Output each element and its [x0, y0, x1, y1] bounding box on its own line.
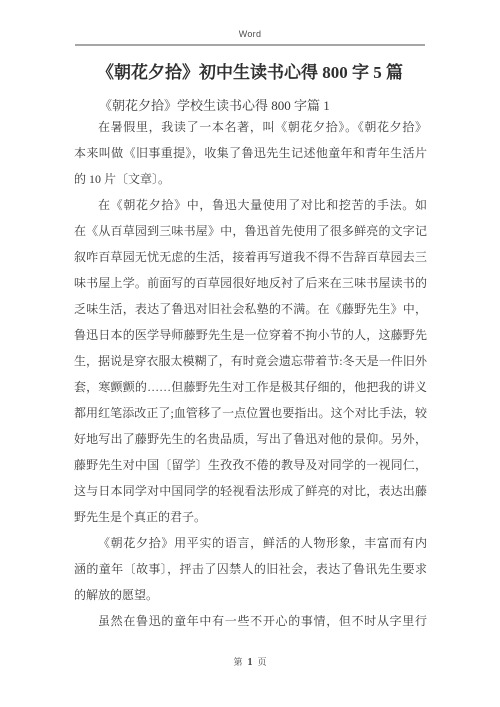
document-text-line: 虽然在鲁迅的童年中有一些不开心的事情，但不时从字里行: [74, 608, 427, 634]
document-text-line: 套，寒颤颤的……但藤野先生对工作是极其仔细的，他把我的讲义: [74, 374, 427, 400]
document-text-line: 《朝花夕拾》用平实的语言，鲜活的人物形象，丰富而有内: [74, 530, 427, 556]
document-text-line: 涵的童年〔故事〕，抨击了囚禁人的旧社会，表达了鲁讯先生要求人: [74, 556, 427, 582]
document-text-line: 乏味生活，表达了鲁迅对旧社会私塾的不满。在《藤野先生》中，: [74, 296, 427, 322]
document-text-line: 叙咋百草园无忧无虑的生活，接着再写道我不得不告辞百草园去三: [74, 244, 427, 270]
page-footer-suffix: 页: [258, 657, 267, 667]
header-divider: [75, 44, 425, 46]
page-number: 1: [248, 657, 253, 668]
document-text-line: 野先生是个真正的君子。: [74, 504, 427, 530]
document-text-line: 在暑假里，我读了一本名著，叫《朝花夕拾》。《朝花夕拾》: [74, 114, 427, 140]
app-title: Word: [0, 29, 500, 39]
document-text-line: 的 10 片〔文章〕。: [74, 166, 427, 192]
document-text-line: 的解放的愿望。: [74, 582, 427, 608]
document-body: 在暑假里，我读了一本名著，叫《朝花夕拾》。《朝花夕拾》本来叫做《旧事重提》，收集…: [74, 114, 427, 634]
document-text-line: 这与日本同学对中国同学的轻视看法形成了鲜亮的对比，表达出藤: [74, 478, 427, 504]
document-text-line: 藤野先生对中国〔留学〕生孜孜不倦的教导及对同学的一视同仁，: [74, 452, 427, 478]
document-text-line: 都用红笔添改正了;血管移了一点位置也要指出。这个对比手法，较: [74, 400, 427, 426]
document-text-line: 本来叫做《旧事重提》，收集了鲁迅先生记述他童年和青年生活片段: [74, 140, 427, 166]
document-text-line: 好地写出了藤野先生的名贵品质，写出了鲁迅对他的景仰。另外，: [74, 426, 427, 452]
page-footer-prefix: 第: [233, 657, 242, 667]
document-text-line: 味书屋上学。前面写的百草园很好地反衬了后来在三味书屋读书的: [74, 270, 427, 296]
document-text-line: 在《朝花夕拾》中，鲁迅大量使用了对比和挖苦的手法。如: [74, 192, 427, 218]
document-title: 《朝花夕拾》初中生读书心得 800 字 5 篇: [0, 58, 500, 83]
document-text-line: 鲁迅日本的医学导师藤野先生是一位穿着不拘小节的人，这藤野先: [74, 322, 427, 348]
page-footer: 第1页: [0, 655, 500, 668]
document-subtitle: 《朝花夕拾》学校生读书心得 800 字篇 1: [99, 95, 330, 114]
document-text-line: 生，据说是穿衣服太模糊了，有时竟会遗忘带着节:冬天是一件旧外: [74, 348, 427, 374]
document-text-line: 在《从百草园到三味书屋》中，鲁迅首先使用了很多鲜亮的文字记: [74, 218, 427, 244]
word-document-page: Word 《朝花夕拾》初中生读书心得 800 字 5 篇 《朝花夕拾》学校生读书…: [0, 0, 500, 707]
